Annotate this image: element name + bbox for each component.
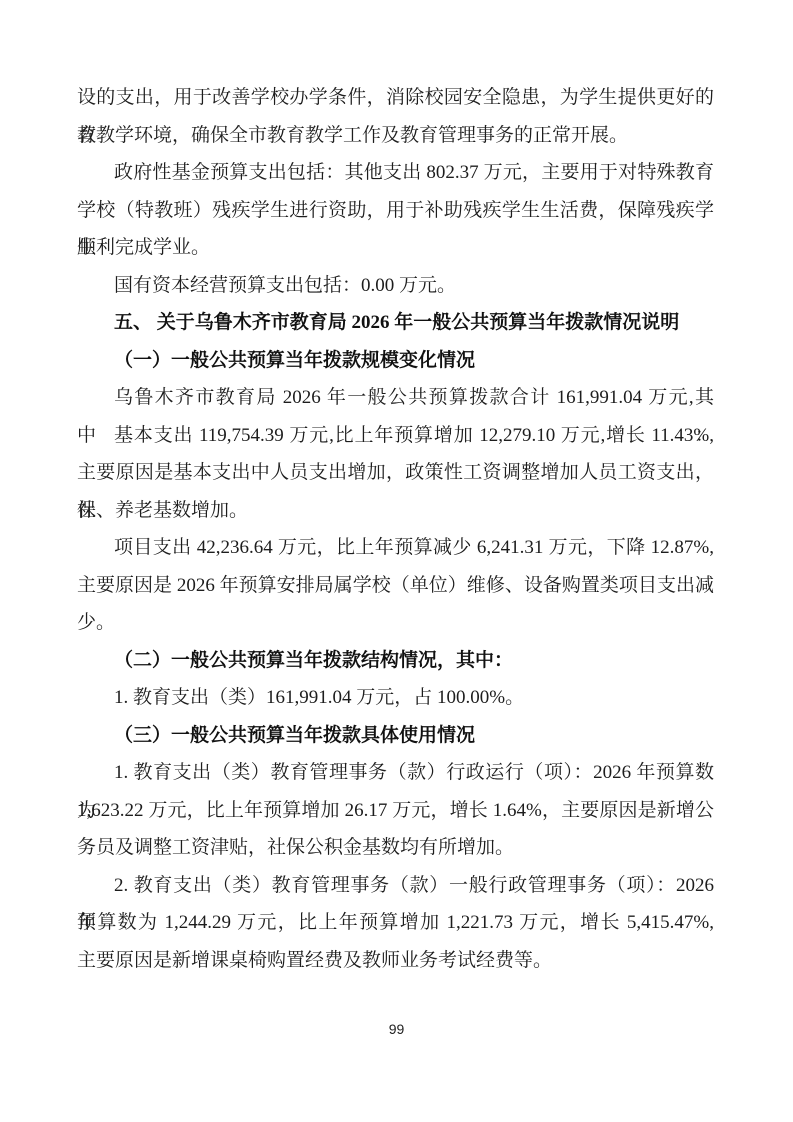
paragraph-line: 乌鲁木齐市教育局 2026 年一般公共预算拨款合计 161,991.04 万元,… <box>77 379 714 417</box>
section-five-heading: 五、 关于乌鲁木齐市教育局 2026 年一般公共预算当年拨款情况说明 <box>77 304 714 342</box>
paragraph-line: 务员及调整工资津贴，社保公积金基数均有所增加。 <box>77 829 714 867</box>
paragraph-line: 国有资本经营预算支出包括：0.00 万元。 <box>77 267 714 305</box>
paragraph-line: 1. 教育支出（类）教育管理事务（款）行政运行（项）：2026 年预算数为 <box>77 754 714 792</box>
paragraph-line: 政府性基金预算支出包括：其他支出 802.37 万元，主要用于对特殊教育 <box>77 154 714 192</box>
page-number: 99 <box>0 1021 793 1037</box>
paragraph-line: 2. 教育支出（类）教育管理事务（款）一般行政管理事务（项）：2026 年 <box>77 867 714 905</box>
paragraph-line: 预算数为 1,244.29 万元，比上年预算增加 1,221.73 万元，增长 … <box>77 904 714 942</box>
subsection-two-heading: （二）一般公共预算当年拨款结构情况，其中： <box>77 642 714 680</box>
paragraph-line: 主要原因是基本支出中人员支出增加，政策性工资调整增加人员工资支出，社 <box>77 454 714 492</box>
paragraph-line: 1. 教育支出（类）161,991.04 万元，占 100.00%。 <box>77 679 714 717</box>
document-page: 设的支出，用于改善学校办学条件，消除校园安全隐患，为学生提供更好的教 育教学环境… <box>0 0 793 1122</box>
paragraph-line: 主要原因是 2026 年预算安排局属学校（单位）维修、设备购置类项目支出减 <box>77 567 714 605</box>
paragraph-line: 学校（特教班）残疾学生进行资助，用于补助残疾学生生活费，保障残疾学生 <box>77 192 714 230</box>
document-body: 设的支出，用于改善学校办学条件，消除校园安全隐患，为学生提供更好的教 育教学环境… <box>77 79 714 979</box>
paragraph-line: 1,623.22 万元，比上年预算增加 26.17 万元，增长 1.64%，主要… <box>77 792 714 830</box>
paragraph-line: 少。 <box>77 604 714 642</box>
subsection-one-heading: （一）一般公共预算当年拨款规模变化情况 <box>77 342 714 380</box>
paragraph-line: 设的支出，用于改善学校办学条件，消除校园安全隐患，为学生提供更好的教 <box>77 79 714 117</box>
paragraph-line: 主要原因是新增课桌椅购置经费及教师业务考试经费等。 <box>77 942 714 980</box>
paragraph-line: 顺利完成学业。 <box>77 229 714 267</box>
paragraph-line: 保、养老基数增加。 <box>77 492 714 530</box>
subsection-three-heading: （三）一般公共预算当年拨款具体使用情况 <box>77 717 714 755</box>
paragraph-line: 育教学环境，确保全市教育教学工作及教育管理事务的正常开展。 <box>77 117 714 155</box>
paragraph-line: 项目支出 42,236.64 万元，比上年预算减少 6,241.31 万元，下降… <box>77 529 714 567</box>
paragraph-line: 基本支出 119,754.39 万元,比上年预算增加 12,279.10 万元,… <box>77 417 714 455</box>
